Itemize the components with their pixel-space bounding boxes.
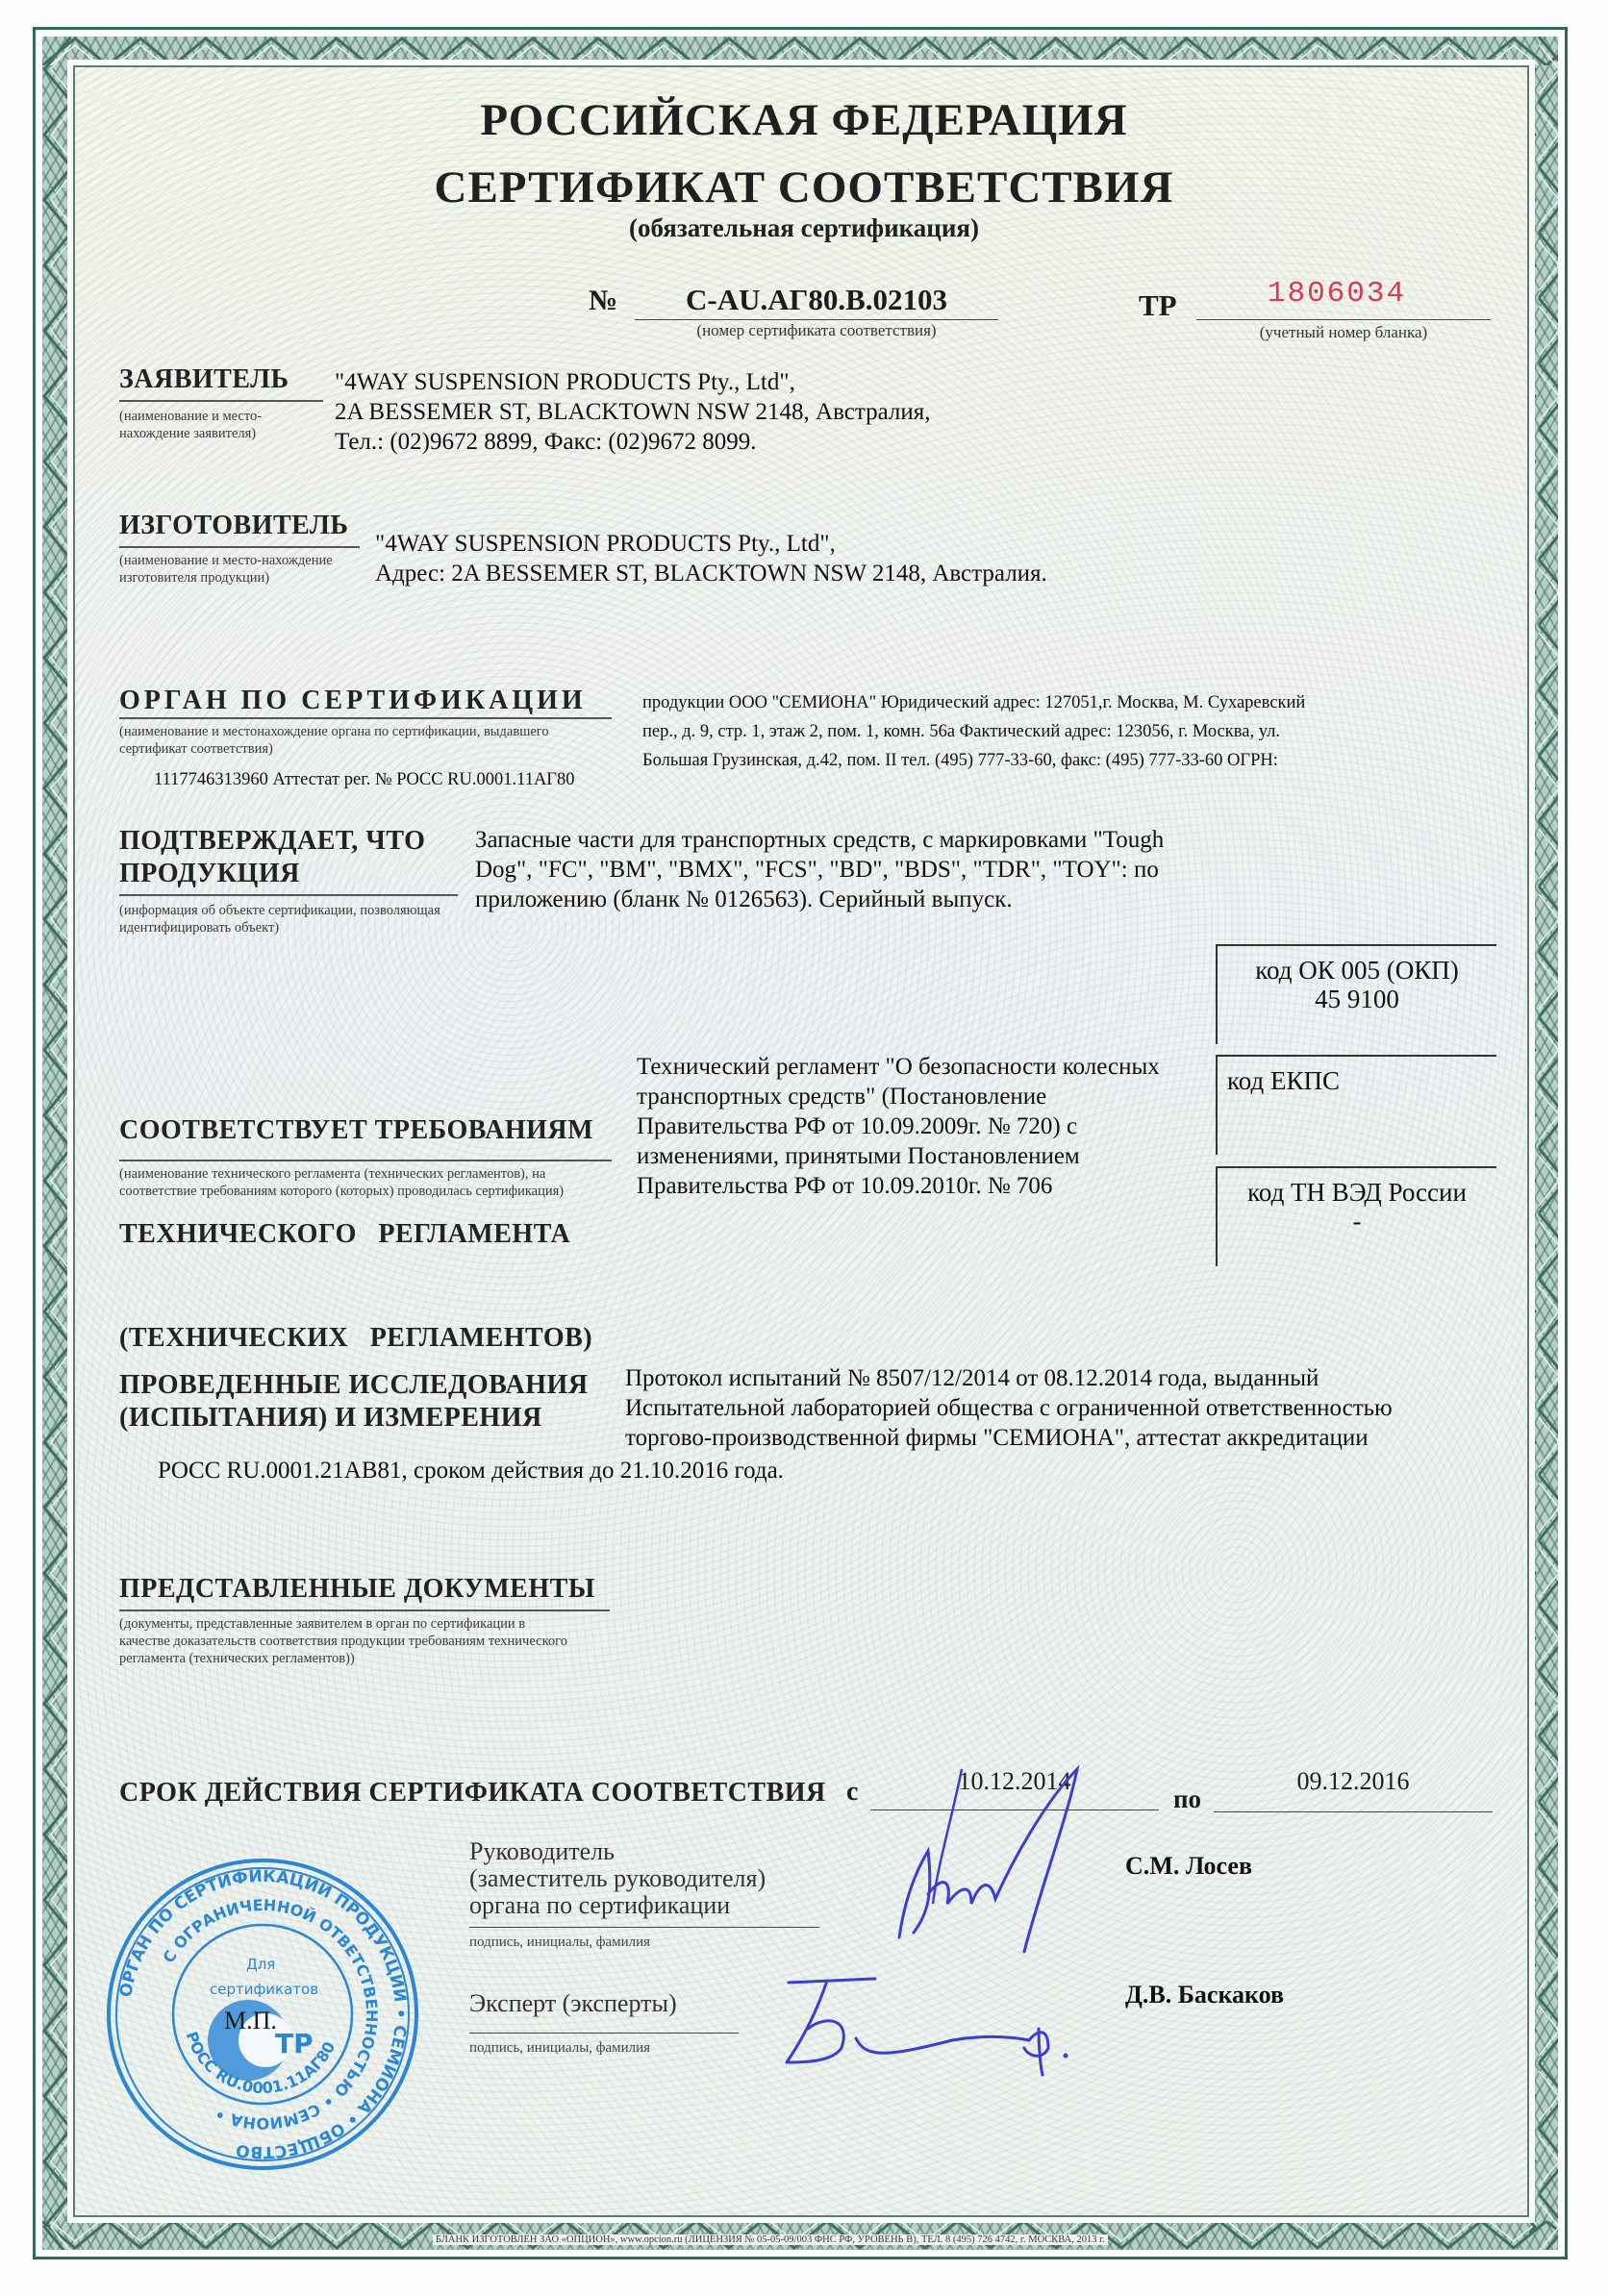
product-line: приложению (бланк № 0126563). Серийный в… bbox=[475, 885, 1164, 914]
applicant-text: "4WAY SUSPENSION PRODUCTS Pty., Ltd", 2A… bbox=[335, 367, 931, 457]
code-label: код ЕКПС bbox=[1218, 1057, 1496, 1095]
regulation-label-line: (ТЕХНИЧЕСКИХ РЕГЛАМЕНТОВ) bbox=[119, 1321, 593, 1356]
expert-label: Эксперт (эксперты) bbox=[469, 1990, 677, 2017]
regulation-rule bbox=[119, 1160, 612, 1161]
svg-text:сертификатов: сертификатов bbox=[210, 1981, 318, 1998]
certificate-number: C-AU.АГ80.B.02103 bbox=[635, 283, 998, 317]
head-signature-caption: подпись, инициалы, фамилия bbox=[469, 1934, 650, 1951]
country-title: РОССИЙСКАЯ ФЕДЕРАЦИЯ bbox=[0, 94, 1608, 146]
certification-body-text: продукции ООО "СЕМИОНА" Юридический адре… bbox=[642, 688, 1305, 775]
tests-continuation: POCC RU.0001.21AB81, сроком действия до … bbox=[158, 1456, 784, 1485]
document-subtitle: (обязательная сертификация) bbox=[0, 213, 1608, 243]
blank-number-caption: (учетный номер бланка) bbox=[1196, 323, 1491, 342]
number-symbol: № bbox=[589, 285, 617, 317]
tr-label: ТР bbox=[1139, 288, 1177, 323]
head-signatory-label: Руководитель (заместитель руководителя) … bbox=[469, 1838, 766, 1919]
product-text: Запасные части для транспортных средств,… bbox=[475, 825, 1164, 914]
svg-text:Для: Для bbox=[246, 1956, 275, 1973]
regulation-label-line: ТЕХНИЧЕСКОГО РЕГЛАМЕНТА bbox=[119, 1217, 593, 1252]
regulation-line: транспортных средств" (Постановление bbox=[637, 1082, 1160, 1111]
product-note: (информация об объекте сертификации, поз… bbox=[119, 902, 465, 936]
regulation-line: Правительства РФ от 10.09.2009г. № 720) … bbox=[637, 1111, 1160, 1141]
certification-body-note: (наименование и местонахождение органа п… bbox=[119, 723, 619, 758]
certification-body-rule bbox=[119, 717, 612, 719]
documents-note: (документы, представленные заявителем в … bbox=[119, 1615, 571, 1667]
product-label-line: ПОДТВЕРЖДАЕТ, ЧТО bbox=[119, 825, 425, 858]
head-signature-line bbox=[469, 1927, 819, 1928]
tests-label: ПРОВЕДЕННЫЕ ИССЛЕДОВАНИЯ (ИСПЫТАНИЯ) И И… bbox=[119, 1369, 589, 1435]
manufacturer-rule bbox=[119, 546, 360, 548]
svg-text:М.П.: М.П. bbox=[224, 2007, 277, 2034]
blank-number-underline bbox=[1196, 319, 1491, 320]
code-value: - bbox=[1218, 1207, 1496, 1235]
regulation-text: Технический регламент "О безопасности ко… bbox=[637, 1052, 1160, 1201]
documents-label: ПРЕДСТАВЛЕННЫЕ ДОКУМЕНТЫ bbox=[119, 1573, 595, 1606]
code-box-ekps: код ЕКПС bbox=[1216, 1055, 1496, 1155]
validity-to-underline bbox=[1214, 1811, 1493, 1812]
tests-text: Протокол испытаний № 8507/12/2014 от 08.… bbox=[625, 1363, 1393, 1453]
validity-label: СРОК ДЕЙСТВИЯ СЕРТИФИКАТА СООТВЕТСТВИЯ bbox=[119, 1777, 826, 1809]
regulation-line: Технический регламент "О безопасности ко… bbox=[637, 1052, 1160, 1082]
manufacturer-line: "4WAY SUSPENSION PRODUCTS Pty., Ltd", bbox=[375, 529, 1047, 559]
certificate-number-underline bbox=[635, 319, 998, 320]
applicant-line: Тел.: (02)9672 8899, Факс: (02)9672 8099… bbox=[335, 427, 931, 457]
regulation-label: СООТВЕТСТВУЕТ ТРЕБОВАНИЯМ ТЕХНИЧЕСКОГО Р… bbox=[119, 1044, 593, 1425]
document-title: СЕРТИФИКАТ СООТВЕТСТВИЯ bbox=[0, 162, 1608, 213]
manufacturer-note: (наименование и место-нахождение изготов… bbox=[119, 552, 340, 586]
product-label-line: ПРОДУКЦИЯ bbox=[119, 858, 425, 890]
official-stamp: ОРГАН ПО СЕРТИФИКАЦИИ ПРОДУКЦИИ • СЕМИОН… bbox=[104, 1856, 421, 2173]
svg-text:ТР: ТР bbox=[275, 2028, 314, 2059]
certification-body-line: продукции ООО "СЕМИОНА" Юридический адре… bbox=[642, 688, 1305, 717]
manufacturer-label: ИЗГОТОВИТЕЛЬ bbox=[119, 510, 348, 542]
code-label: код ТН ВЭД России bbox=[1218, 1168, 1496, 1207]
head-label-line: Руководитель bbox=[469, 1838, 766, 1865]
certificate-number-caption: (номер сертификата соответствия) bbox=[635, 321, 998, 340]
product-line: Запасные части для транспортных средств,… bbox=[475, 825, 1164, 855]
manufacturer-line: Адрес: 2A BESSEMER ST, BLACKTOWN NSW 214… bbox=[375, 559, 1047, 588]
regulation-line: Правительства РФ от 10.09.2010г. № 706 bbox=[637, 1171, 1160, 1201]
regulation-line: изменениями, принятыми Постановлением bbox=[637, 1141, 1160, 1171]
head-label-line: органа по сертификации bbox=[469, 1892, 766, 1919]
head-label-line: (заместитель руководителя) bbox=[469, 1865, 766, 1892]
regulation-label-line: СООТВЕТСТВУЕТ ТРЕБОВАНИЯМ bbox=[119, 1113, 593, 1148]
documents-rule bbox=[119, 1610, 610, 1611]
certification-body-continuation: 1117746313960 Аттестат рег. № POCC RU.00… bbox=[154, 765, 575, 794]
code-box-tnved: код ТН ВЭД России - bbox=[1216, 1166, 1496, 1266]
footer-imprint: БЛАНК ИЗГОТОВЛЕН ЗАО «ОПЦИОН», www.opcio… bbox=[433, 2234, 1108, 2245]
validity-to-label: по bbox=[1173, 1784, 1201, 1814]
code-box-okp: код ОК 005 (ОКП) 45 9100 bbox=[1216, 944, 1496, 1044]
expert-signature-caption: подпись, инициалы, фамилия bbox=[469, 2040, 650, 2057]
code-value: 45 9100 bbox=[1218, 985, 1496, 1013]
tests-label-line: (ИСПЫТАНИЯ) И ИЗМЕРЕНИЯ bbox=[119, 1402, 589, 1435]
applicant-note: (наименование и место-нахождение заявите… bbox=[119, 408, 321, 442]
applicant-line: 2A BESSEMER ST, BLACKTOWN NSW 2148, Авст… bbox=[335, 397, 931, 427]
validity-to-date: 09.12.2016 bbox=[1214, 1767, 1493, 1796]
blank-number: 1806034 bbox=[1202, 277, 1471, 311]
regulation-note: (наименование технического регламента (т… bbox=[119, 1165, 571, 1200]
applicant-rule bbox=[119, 400, 323, 402]
certification-body-line: пер., д. 9, стр. 1, этаж 2, пом. 1, комн… bbox=[642, 717, 1305, 746]
head-signature-icon bbox=[846, 1759, 1154, 1961]
tests-line: Испытательной лабораторией общества с ог… bbox=[625, 1393, 1393, 1423]
applicant-label: ЗАЯВИТЕЛЬ bbox=[119, 363, 289, 396]
certification-body-label: ОРГАН ПО СЕРТИФИКАЦИИ bbox=[119, 685, 587, 717]
stamp-seal-icon: ОРГАН ПО СЕРТИФИКАЦИИ ПРОДУКЦИИ • СЕМИОН… bbox=[104, 1856, 421, 2173]
product-label: ПОДТВЕРЖДАЕТ, ЧТО ПРОДУКЦИЯ bbox=[119, 825, 425, 890]
product-line: Dog", "FC", "BM", "BMX", "FCS", "BD", "B… bbox=[475, 855, 1164, 885]
expert-name: Д.В. Баскаков bbox=[1125, 1981, 1284, 2009]
expert-signature-icon bbox=[760, 1971, 1125, 2077]
certification-body-line: Большая Грузинская, д.42, пом. II тел. (… bbox=[642, 746, 1305, 775]
tests-line: торгово-производственной фирмы "СЕМИОНА"… bbox=[625, 1423, 1393, 1453]
manufacturer-text: "4WAY SUSPENSION PRODUCTS Pty., Ltd", Ад… bbox=[375, 529, 1047, 588]
product-rule bbox=[119, 894, 458, 896]
applicant-line: "4WAY SUSPENSION PRODUCTS Pty., Ltd", bbox=[335, 367, 931, 397]
code-label: код ОК 005 (ОКП) bbox=[1218, 946, 1496, 985]
tests-line: Протокол испытаний № 8507/12/2014 от 08.… bbox=[625, 1363, 1393, 1393]
tests-label-line: ПРОВЕДЕННЫЕ ИССЛЕДОВАНИЯ bbox=[119, 1369, 589, 1402]
expert-signature-line bbox=[469, 2033, 739, 2034]
